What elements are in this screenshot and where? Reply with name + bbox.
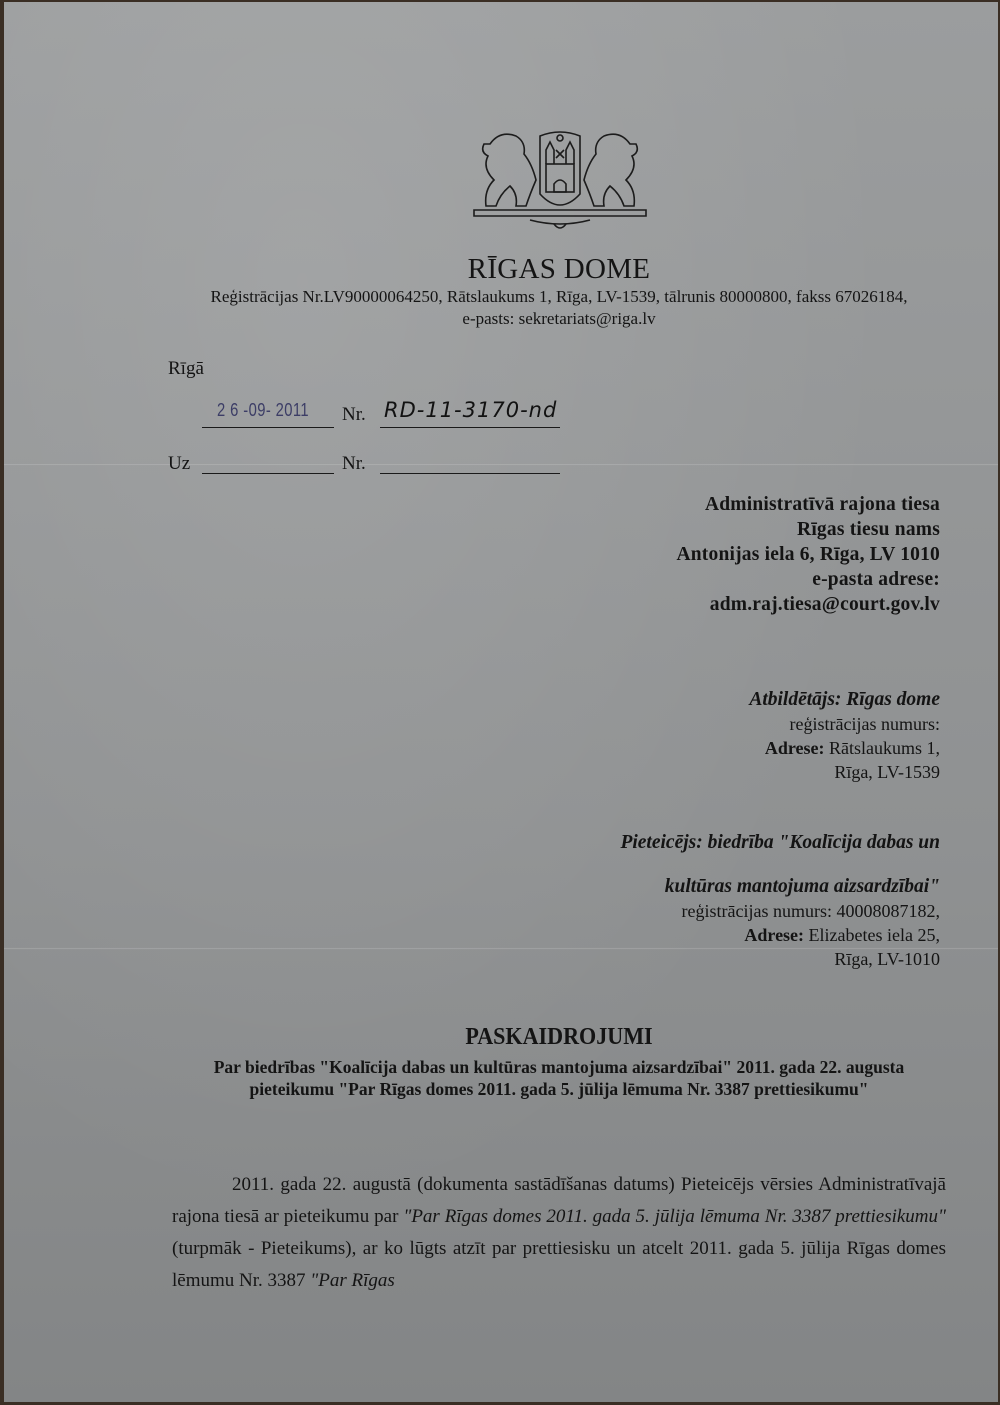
body-paragraph: 2011. gada 22. augustā (dokumenta sastād… xyxy=(172,1169,946,1297)
uz-nr-label: Nr. xyxy=(342,453,366,475)
date-underline xyxy=(202,427,334,428)
recipient-line: adm.raj.tiesa@court.gov.lv xyxy=(676,592,940,617)
document-page: RĪGAS DOME Reģistrācijas Nr.LV9000006425… xyxy=(4,2,998,1402)
uz-underline xyxy=(202,473,334,474)
uz-nr-underline xyxy=(380,473,560,474)
paper-fold-line xyxy=(4,463,998,466)
nr-label: Nr. xyxy=(342,404,366,426)
applicant-reg: reģistrācijas numurs: 40008087182, xyxy=(620,899,940,923)
date-stamp: 2 6 -09- 2011 xyxy=(217,400,309,421)
respondent-city: Rīga, LV-1539 xyxy=(749,760,940,784)
applicant-heading-1: Pieteicējs: biedrība "Koalīcija dabas un xyxy=(620,831,940,855)
number-underline xyxy=(380,427,560,428)
organization-email: e-pasts: sekretariats@riga.lv xyxy=(4,309,998,329)
applicant-city: Rīga, LV-1010 xyxy=(620,947,940,971)
address-label: Adrese: xyxy=(744,925,804,945)
organization-name: RĪGAS DOME xyxy=(4,253,998,286)
recipient-line: e-pasta adrese: xyxy=(676,567,940,592)
place-label: Rīgā xyxy=(168,358,204,380)
riga-coat-of-arms-icon xyxy=(470,124,650,232)
applicant-block: Pieteicējs: biedrība "Koalīcija dabas un… xyxy=(620,831,940,971)
recipient-block: Administratīvā rajona tiesa Rīgas tiesu … xyxy=(676,492,940,617)
address-label: Adrese: xyxy=(765,738,825,758)
uz-label: Uz xyxy=(168,453,190,475)
respondent-reg: reģistrācijas numurs: xyxy=(749,712,940,736)
organization-details: Reģistrācijas Nr.LV90000064250, Rātslauk… xyxy=(4,287,998,307)
outgoing-number: RD-11-3170-nd xyxy=(384,398,557,422)
respondent-heading: Atbildētājs: Rīgas dome xyxy=(749,688,940,712)
applicant-address: Adrese: Elizabetes iela 25, xyxy=(620,923,940,947)
respondent-address: Adrese: Rātslaukums 1, xyxy=(749,736,940,760)
applicant-heading-2: kultūras mantojuma aizsardzībai" xyxy=(620,875,940,899)
recipient-line: Administratīvā rajona tiesa xyxy=(676,492,940,517)
document-subtitle: Par biedrības "Koalīcija dabas un kultūr… xyxy=(184,1056,934,1100)
recipient-line: Antonijas iela 6, Rīga, LV 1010 xyxy=(676,542,940,567)
respondent-block: Atbildētājs: Rīgas dome reģistrācijas nu… xyxy=(749,688,940,784)
document-title: PASKAIDROJUMI xyxy=(48,1024,998,1051)
recipient-line: Rīgas tiesu nams xyxy=(676,517,940,542)
